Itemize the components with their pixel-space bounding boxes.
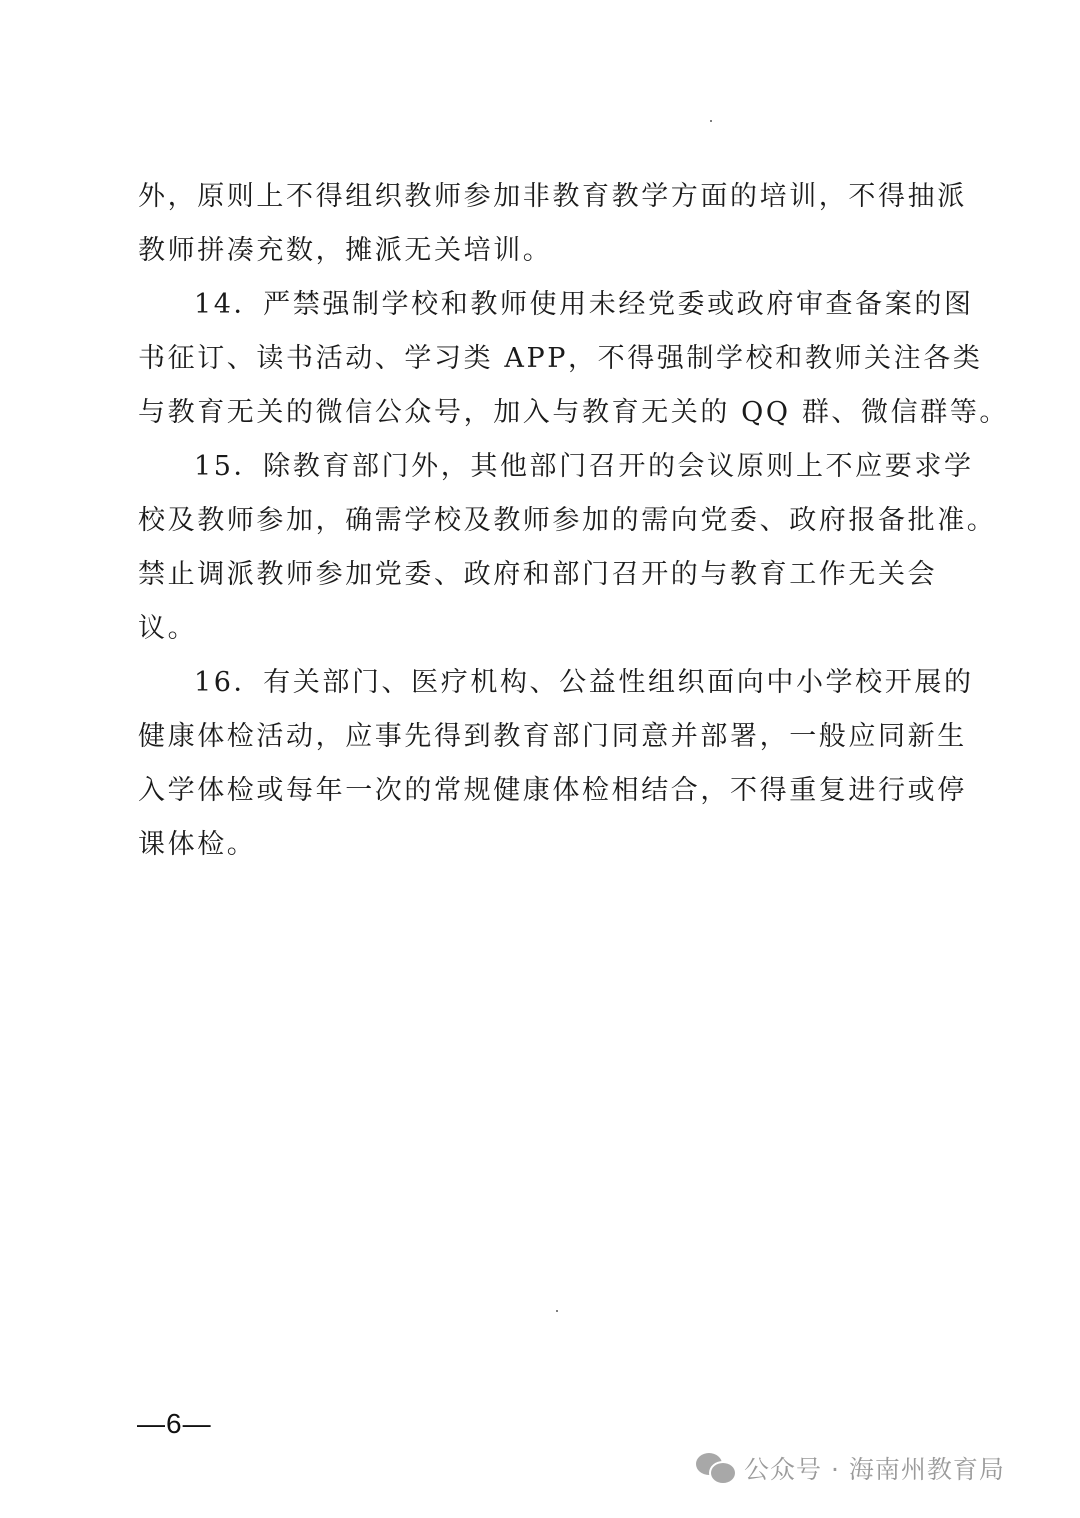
text-line: 外，原则上不得组织教师参加非教育教学方面的培训，不得抽派	[138, 170, 946, 224]
scan-speck	[556, 1310, 558, 1312]
text-line: 校及教师参加，确需学校及教师参加的需向党委、政府报备批准。	[138, 494, 946, 548]
text-line: 课体检。	[138, 818, 946, 872]
wechat-icon	[696, 1451, 736, 1485]
text-line: 与教育无关的微信公众号，加入与教育无关的 QQ 群、微信群等。	[138, 386, 946, 440]
wechat-watermark: 公众号 · 海南州教育局	[696, 1450, 1005, 1486]
document-page: 外，原则上不得组织教师参加非教育教学方面的培训，不得抽派 教师拼凑充数，摊派无关…	[0, 0, 1080, 1518]
text-line-item-14: 14．严禁强制学校和教师使用未经党委或政府审查备案的图	[138, 278, 946, 332]
watermark-label: 公众号 · 海南州教育局	[744, 1450, 1005, 1486]
text-line: 议。	[138, 602, 946, 656]
text-line: 健康体检活动，应事先得到教育部门同意并部署，一般应同新生	[138, 710, 946, 764]
text-line: 书征订、读书活动、学习类 APP，不得强制学校和教师关注各类	[138, 332, 946, 386]
text-line: 教师拼凑充数，摊派无关培训。	[138, 224, 946, 278]
text-line-item-16: 16．有关部门、医疗机构、公益性组织面向中小学校开展的	[138, 656, 946, 710]
text-line: 禁止调派教师参加党委、政府和部门召开的与教育工作无关会	[138, 548, 946, 602]
document-body: 外，原则上不得组织教师参加非教育教学方面的培训，不得抽派 教师拼凑充数，摊派无关…	[138, 170, 946, 872]
scan-speck	[710, 120, 712, 122]
text-line-item-15: 15．除教育部门外，其他部门召开的会议原则上不应要求学	[138, 440, 946, 494]
page-number: —6—	[137, 1408, 212, 1440]
text-line: 入学体检或每年一次的常规健康体检相结合，不得重复进行或停	[138, 764, 946, 818]
